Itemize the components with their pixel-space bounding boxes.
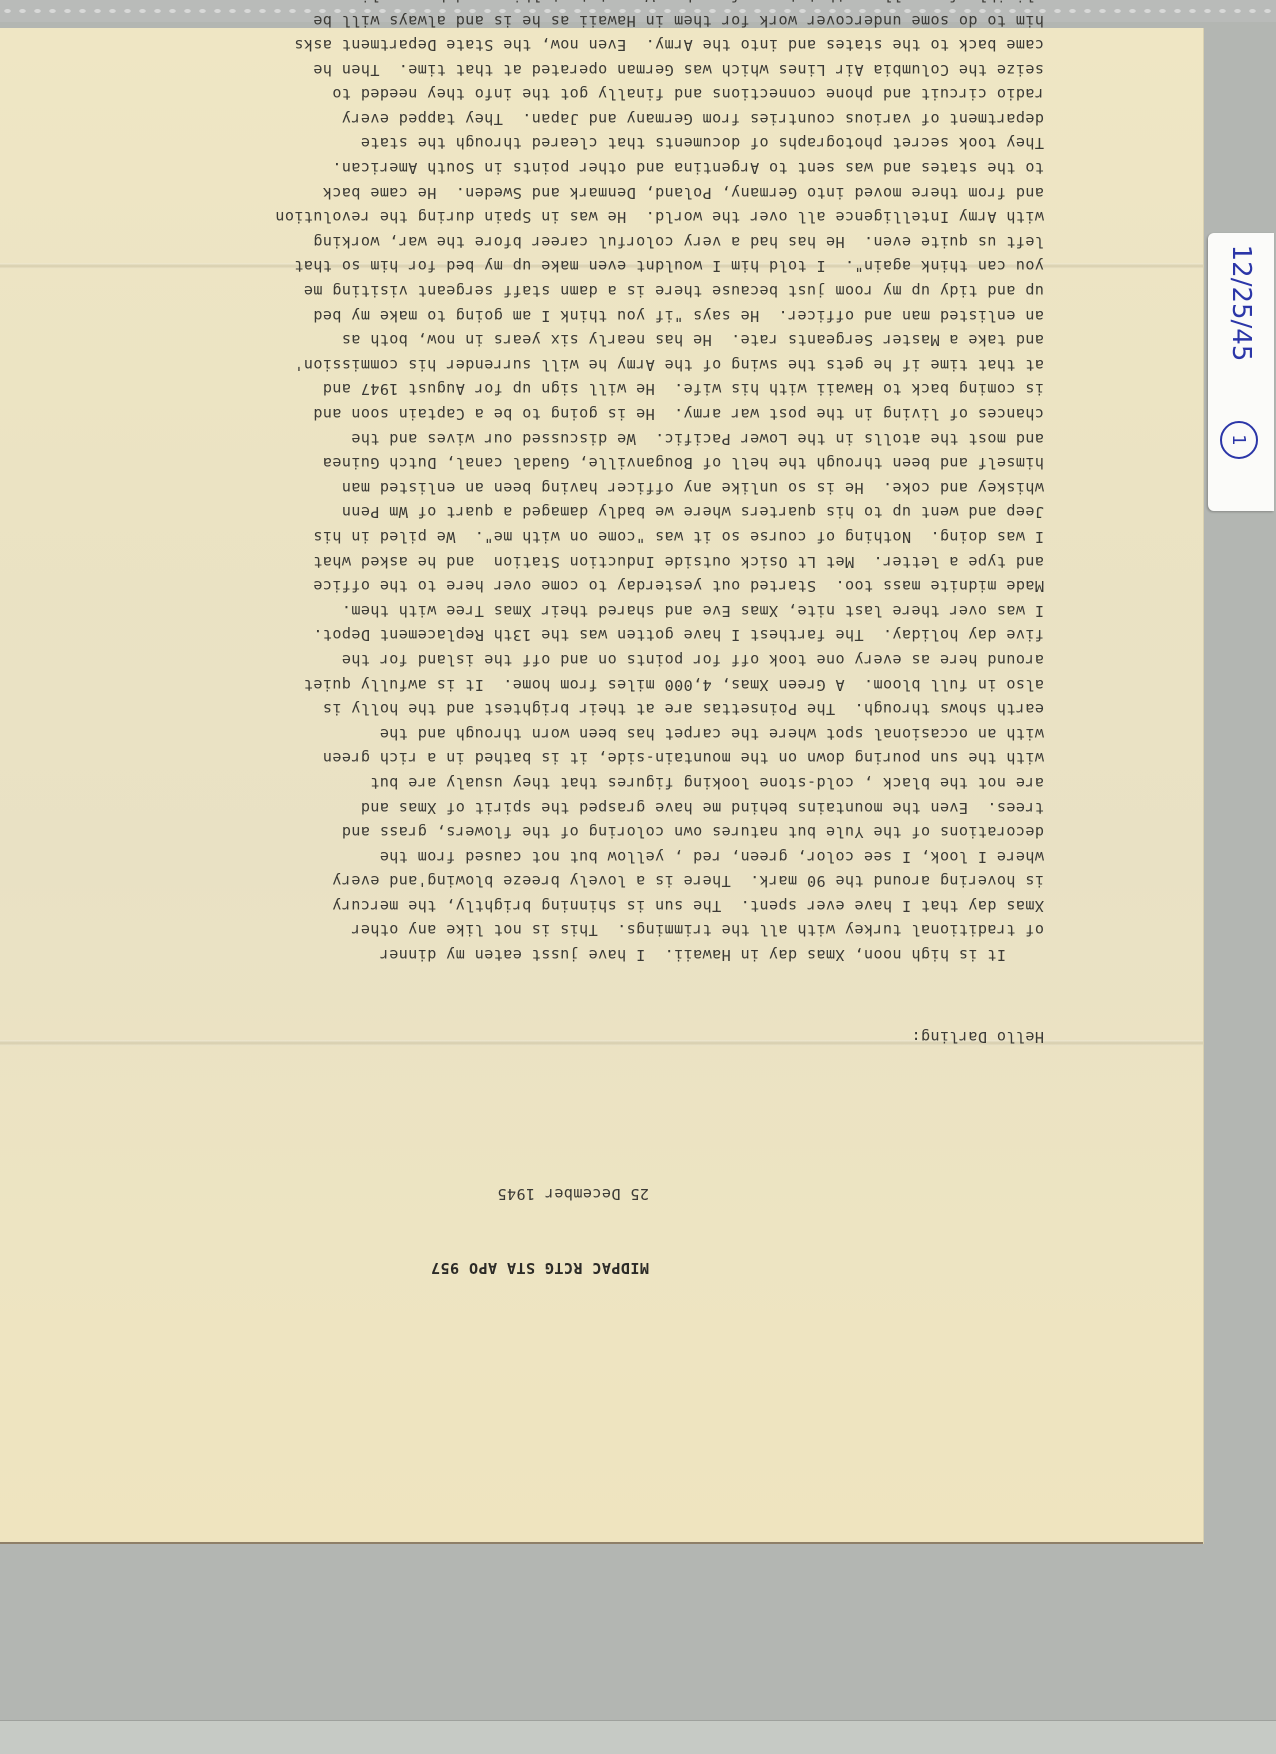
letter-line: is hovering around the 90 mark. There is… xyxy=(44,869,1044,894)
letter-line: department of various countries from Ger… xyxy=(44,106,1044,131)
letter-line: eligible for call on that type of work. … xyxy=(44,0,1044,8)
letter-line: left us quite even. He has had a very co… xyxy=(44,229,1044,254)
letter-line: at that time if he gets the swing of the… xyxy=(44,352,1044,377)
letter-line: and type a letter. Met Lt Osick outside … xyxy=(44,549,1044,574)
page-number-text: 1 xyxy=(1229,434,1250,445)
letter-line: whiskey and coke. He is so unlike any of… xyxy=(44,475,1044,500)
salutation: Hello Darling: xyxy=(44,1024,1044,1049)
letter-line: came back to the states and into the Arm… xyxy=(44,33,1044,58)
rotated-letter-sheet: MIDPAC RCTG STA APO 957 25 December 1945… xyxy=(0,28,1203,1542)
letter-line: with an occasional spot where the carpet… xyxy=(44,721,1044,746)
scanner-bed-edge xyxy=(0,1720,1276,1754)
letter-line: himself and been through the hell of Bou… xyxy=(44,451,1044,476)
letter-line: and from there moved into Germany, Polan… xyxy=(44,180,1044,205)
sender-address: MIDPAC RCTG STA APO 957 xyxy=(44,1255,649,1280)
letter-line: an enlisted man and officer. He says "if… xyxy=(44,303,1044,328)
letter-line: also in full bloom. A Green Xmas, 4,000 … xyxy=(44,672,1044,697)
letter-line: Xmas day that I have ever spent. The sun… xyxy=(44,893,1044,918)
letter-content: MIDPAC RCTG STA APO 957 25 December 1945… xyxy=(44,0,1044,1378)
letter-date: 25 December 1945 xyxy=(44,1181,649,1206)
letter-line: decorations of the Yule but natures own … xyxy=(44,820,1044,845)
letter-line: It is high noon, Xmas day in Hawaii. I h… xyxy=(44,943,1044,968)
letter-line: earth shows through. The Poinsettas are … xyxy=(44,697,1044,722)
letter-line: and take a Master Sergeants rate. He has… xyxy=(44,328,1044,353)
circled-page-number: 1 xyxy=(1220,421,1258,459)
letter-line: up and tidy up my room just because ther… xyxy=(44,278,1044,303)
letter-line: chances of living in the post war army. … xyxy=(44,401,1044,426)
letter-line: and most the atolls in the Lower Pacific… xyxy=(44,426,1044,451)
letter-line: with the sun pouring down on the mountai… xyxy=(44,746,1044,771)
letter-line: They took secret photographs of document… xyxy=(44,131,1044,156)
letter-line: is coming back to Hawaii with his wife. … xyxy=(44,377,1044,402)
letter-line: radio circuit and phone connections and … xyxy=(44,82,1044,107)
letter-line: with Army Intelligence all over the worl… xyxy=(44,205,1044,230)
letter-line: you can think again". I told him I would… xyxy=(44,254,1044,279)
letter-line: trees. Even the mountains behind me have… xyxy=(44,795,1044,820)
letter-body: It is high noon, Xmas day in Hawaii. I h… xyxy=(44,0,1044,967)
letter-line: him to do some undercover work for them … xyxy=(44,8,1044,33)
letter-line: of traditional turkey with all the trimm… xyxy=(44,918,1044,943)
letter-line: to the states and was sent to Argentina … xyxy=(44,156,1044,181)
letter-line: seize the Columbia Air Lines which was G… xyxy=(44,57,1044,82)
letter-line: around here as every one took off for po… xyxy=(44,647,1044,672)
letter-line: where I look, I see color, green, red , … xyxy=(44,844,1044,869)
letter-line: I was doing. Nothing of course so it was… xyxy=(44,524,1044,549)
letter-line: Jeep and went up to his quarters where w… xyxy=(44,500,1044,525)
letter-line: I was over there last nite, Xmas Eve and… xyxy=(44,598,1044,623)
sticky-note: 12/25/45 1 xyxy=(1208,233,1274,511)
handwritten-date: 12/25/45 xyxy=(1226,245,1256,362)
letter-line: Made midnite mass too. Started out yeste… xyxy=(44,574,1044,599)
letter-header: MIDPAC RCTG STA APO 957 25 December 1945 xyxy=(44,1132,649,1329)
letter-page: MIDPAC RCTG STA APO 957 25 December 1945… xyxy=(0,28,1203,1544)
letter-line: five day holiday. The farthest I have go… xyxy=(44,623,1044,648)
letter-line: are not the black , cold-stone looking f… xyxy=(44,770,1044,795)
